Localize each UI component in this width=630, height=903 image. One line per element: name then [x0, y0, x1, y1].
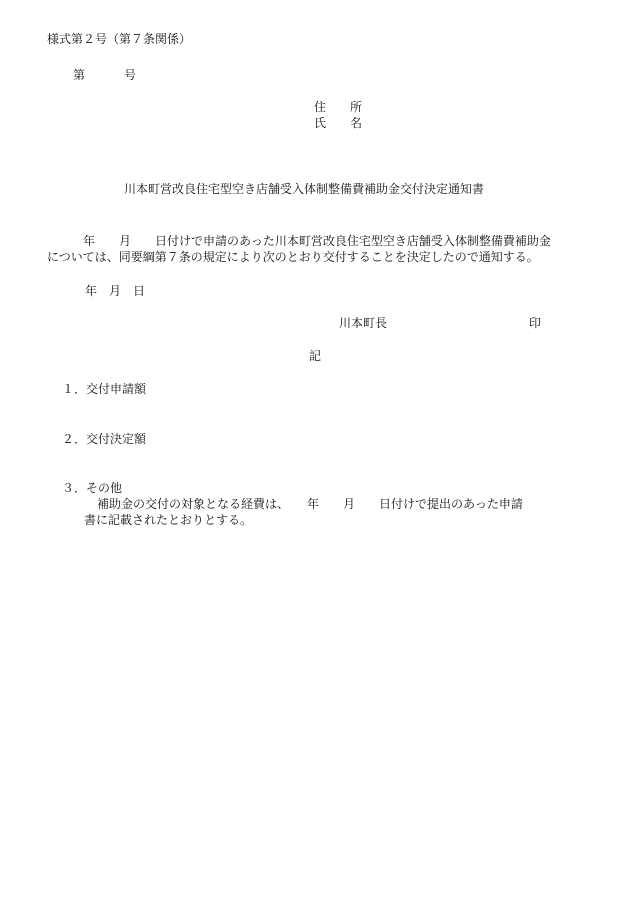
address-label: 住 所	[314, 101, 362, 113]
form-label: 様式第２号（第７条関係）	[47, 33, 191, 45]
body-line-2: については、同要綱第７条の規定により次のとおり交付することを決定したので通知する…	[47, 251, 539, 263]
item-1-label: １．交付申請額	[62, 383, 146, 395]
body-line-1: 年 月 日付けで申請のあった川本町営改良住宅型空き店舗受入体制整備費補助金	[47, 235, 551, 247]
document-title: 川本町営改良住宅型空き店舗受入体制整備費補助金交付決定通知書	[124, 183, 484, 195]
item-3-text-2: 書に記載されたとおりとする。	[84, 514, 252, 526]
name-label: 氏 名	[314, 117, 362, 129]
issuer-name: 川本町長	[339, 317, 387, 329]
number-go: 号	[124, 69, 136, 81]
item-2-label: ２．交付決定額	[62, 433, 146, 445]
item-3-label: ３．その他	[62, 482, 122, 494]
date-line: 年 月 日	[85, 285, 145, 297]
seal-mark: 印	[529, 317, 541, 329]
number-dai: 第	[73, 69, 85, 81]
item-3-text-1: 補助金の交付の対象となる経費は、 年 月 日付けで提出のあった申請	[97, 498, 523, 510]
ki-heading: 記	[309, 350, 321, 362]
